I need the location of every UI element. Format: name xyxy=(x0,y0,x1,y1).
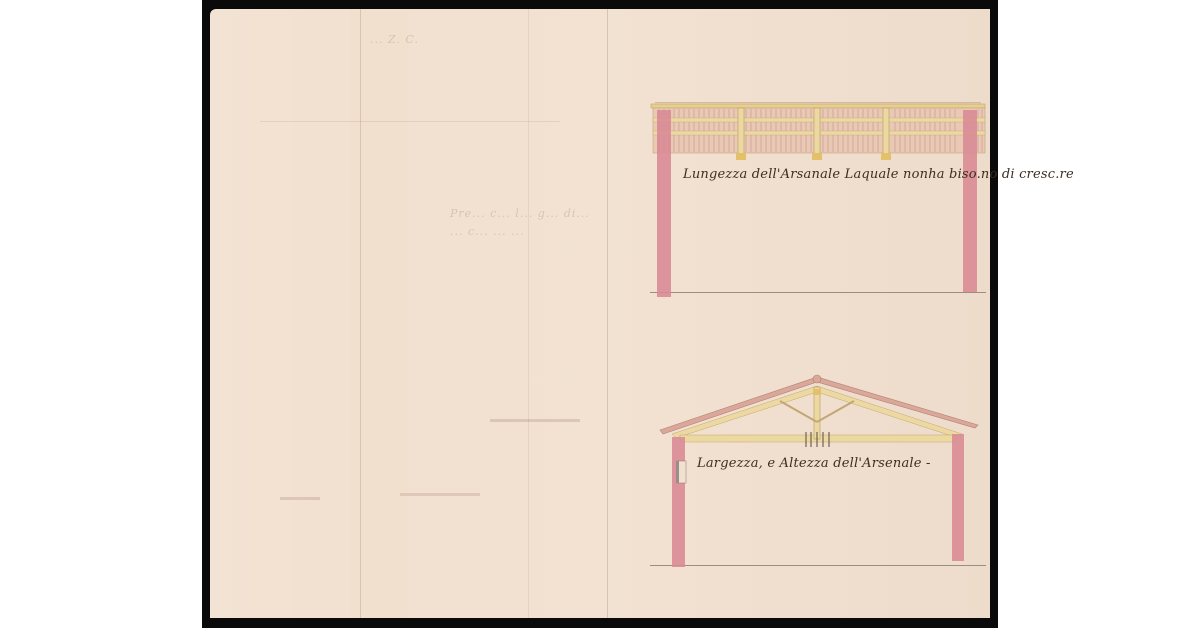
section-drawing xyxy=(210,9,990,618)
section-caption: Largezza, e Altezza dell'Arsenale - xyxy=(697,456,931,471)
manuscript-sheet: ... Z. C. Pre... c... l... g... di... ..… xyxy=(210,9,990,618)
